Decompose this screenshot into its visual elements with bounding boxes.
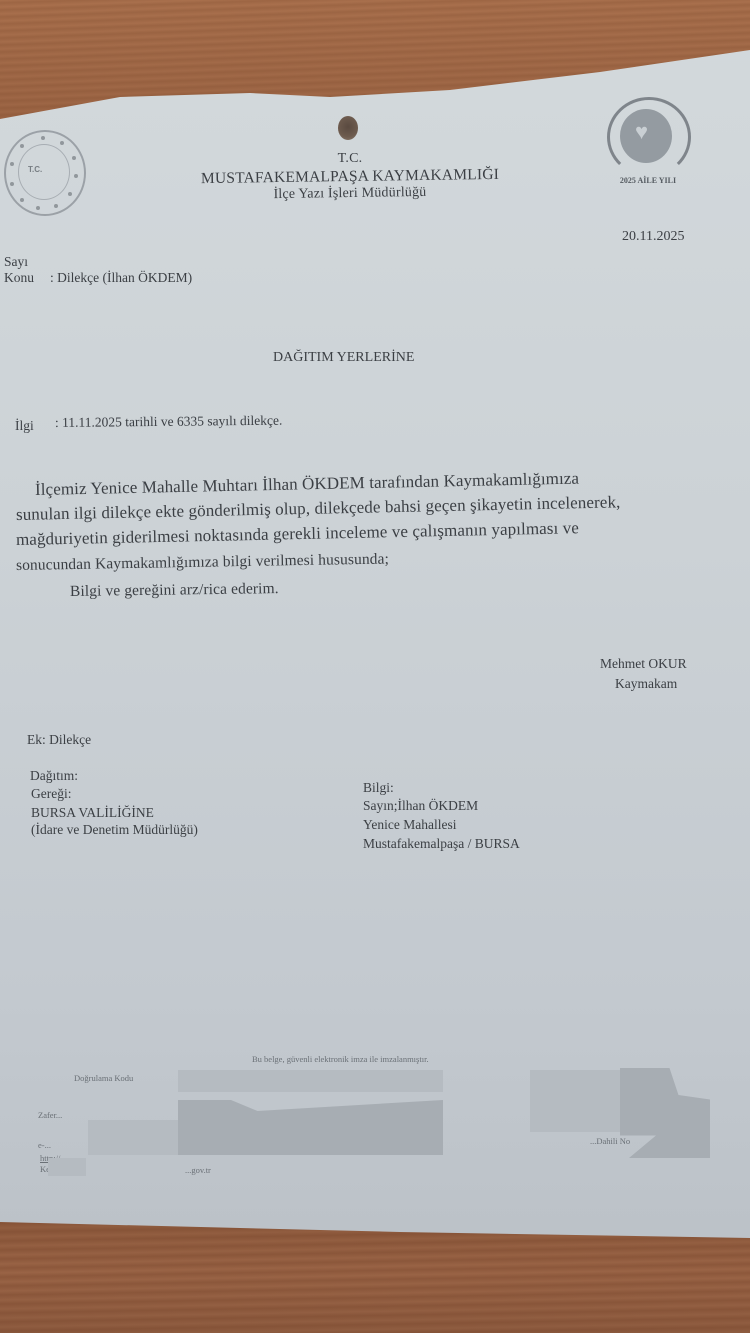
distribution-label: Dağıtım:: [30, 768, 78, 784]
punch-hole: [338, 116, 358, 140]
action-label: Gereği:: [31, 786, 71, 802]
redaction-block: [530, 1070, 625, 1132]
state-emblem-seal-icon: T.C.: [4, 130, 86, 216]
family-year-caption: 2025 AİLE YILI: [608, 176, 688, 185]
family-year-logo-icon: ♥: [607, 97, 687, 177]
info-label: Bilgi:: [363, 780, 394, 796]
info-recipient-name: Sayın;İlhan ÖKDEM: [363, 798, 478, 814]
phone-label: e-...: [38, 1140, 51, 1150]
attachment-label: Ek: Dilekçe: [27, 732, 91, 748]
action-recipient-unit: (İdare ve Denetim Müdürlüğü): [31, 822, 198, 838]
redaction-block: [88, 1120, 178, 1155]
action-recipient: BURSA VALİLİĞİNE: [31, 805, 154, 821]
konu-value: : Dilekçe (İlhan ÖKDEM): [50, 270, 192, 286]
redaction-block: [178, 1070, 443, 1092]
signatory-name: Mehmet OKUR: [600, 656, 687, 672]
reference-value: : 11.11.2025 tarihli ve 6335 sayılı dile…: [55, 413, 282, 431]
addressee-heading: DAĞITIM YERLERİNE: [273, 350, 414, 366]
kep-suffix: ...gov.tr: [185, 1165, 211, 1175]
body-closing: Bilgi ve gereğini arz/rica ederim.: [70, 580, 279, 601]
republic-label: T.C.: [150, 151, 550, 167]
right-block-phone: ...Dahili No: [590, 1136, 630, 1146]
konu-label: Konu: [4, 270, 34, 286]
address-label: Zafer...: [38, 1110, 62, 1120]
redaction-block: [48, 1158, 86, 1176]
signatory-title: Kaymakam: [615, 676, 677, 692]
sayi-label: Sayı: [4, 254, 28, 270]
info-recipient-neighborhood: Yenice Mahallesi: [363, 817, 457, 833]
e-signature-note: Bu belge, güvenli elektronik imza ile im…: [252, 1054, 429, 1064]
document-date: 20.11.2025: [622, 229, 684, 245]
reference-label: İlgi: [15, 418, 34, 434]
info-recipient-city: Mustafakemalpaşa / BURSA: [363, 836, 520, 852]
verification-code-label: Doğrulama Kodu: [74, 1073, 133, 1083]
redaction-block: [178, 1100, 443, 1155]
